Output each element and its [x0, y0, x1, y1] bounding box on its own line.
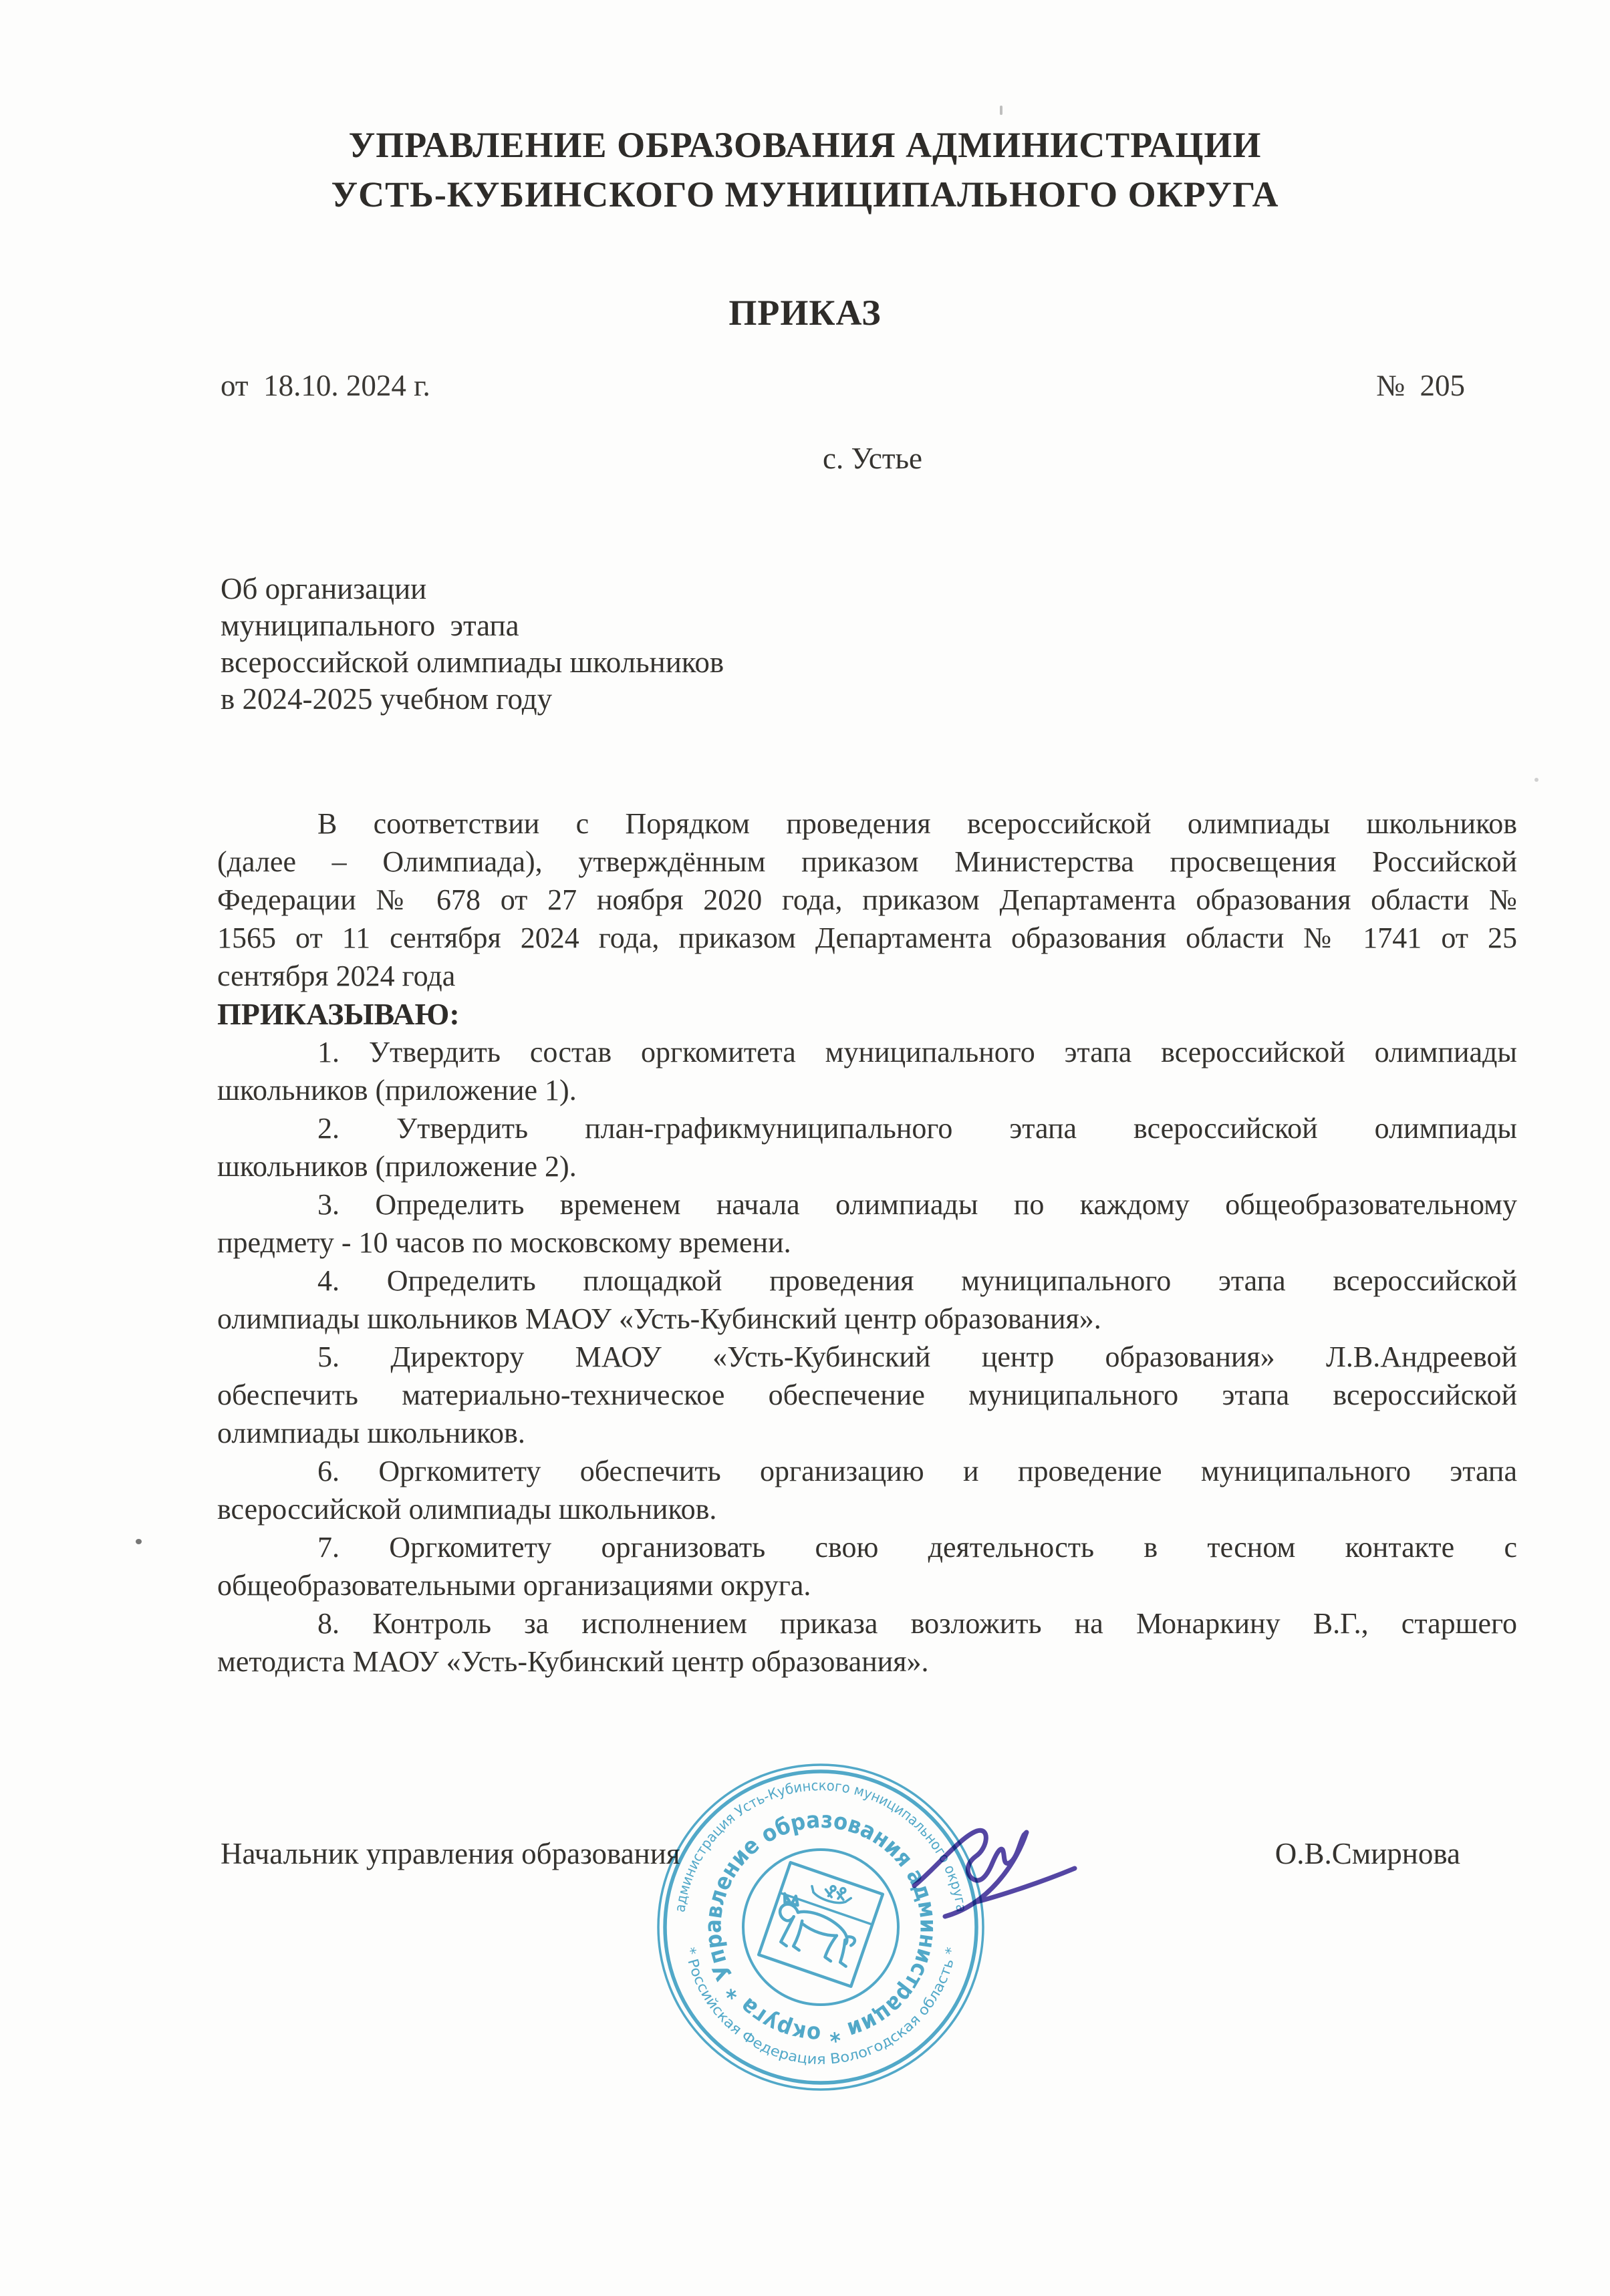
item-4-line: 4. Определить площадкой проведения муниц…: [217, 1262, 1517, 1300]
signatory-position: Начальник управления образования: [221, 1836, 680, 1871]
item-6-line: всероссийской олимпиады школьников.: [217, 1490, 1517, 1528]
item-5-line: 5. Директору МАОУ «Усть-Кубинский центр …: [217, 1338, 1517, 1376]
preamble-line: Федерации № 678 от 27 ноября 2020 года, …: [217, 881, 1517, 919]
order-body: В соответствии с Порядком проведения все…: [217, 805, 1517, 1681]
item-8-line: 8. Контроль за исполнением приказа возло…: [217, 1604, 1517, 1642]
item-5-line: олимпиады школьников.: [217, 1414, 1517, 1452]
signatory-name: О.В.Смирнова: [1275, 1836, 1460, 1871]
shield-outline: [759, 1862, 883, 1987]
item-7-line: 7. Оргкомитету организовать свою деятель…: [217, 1528, 1517, 1566]
item-3-line: предмету - 10 часов по московскому време…: [217, 1224, 1517, 1262]
preamble-line: 1565 от 11 сентября 2024 года, приказом …: [217, 919, 1517, 957]
preamble-line: В соответствии с Порядком проведения все…: [217, 805, 1517, 843]
date-number-row: от 18.10. 2024 г. № 205: [221, 368, 1517, 403]
subject-line: Об организации: [221, 571, 1023, 607]
document-page: УПРАВЛЕНИЕ ОБРАЗОВАНИЯ АДМИНИСТРАЦИИ УСТ…: [0, 0, 1610, 2296]
scan-speck: [1534, 778, 1538, 782]
signature-stroke-main: [914, 1830, 1027, 1916]
handwritten-signature: [889, 1764, 1143, 1991]
item-4-line: олимпиады школьников МАОУ «Усть-Кубински…: [217, 1300, 1517, 1338]
item-7-line: общеобразовательными организациями округ…: [217, 1566, 1517, 1604]
item-1-line: школьников (приложение 1).: [217, 1071, 1517, 1109]
item-2-line: школьников (приложение 2).: [217, 1147, 1517, 1185]
preamble-line: сентября 2024 года: [217, 957, 1517, 995]
scan-speck: [136, 1539, 142, 1544]
item-3-line: 3. Определить временем начала олимпиады …: [217, 1185, 1517, 1224]
doc-type-title: ПРИКАЗ: [0, 292, 1610, 333]
place-name: с. Устье: [68, 441, 1610, 476]
item-2-line: 2. Утвердить план-графикмуниципального э…: [217, 1109, 1517, 1147]
subject-block: Об организации муниципального этапа всер…: [221, 571, 1023, 718]
org-name-line1: УПРАВЛЕНИЕ ОБРАЗОВАНИЯ АДМИНИСТРАЦИИ: [0, 120, 1610, 170]
item-1-line: 1. Утвердить состав оргкомитета муниципа…: [217, 1033, 1517, 1071]
item-5-line: обеспечить материально-техническое обесп…: [217, 1376, 1517, 1414]
subject-line: всероссийской олимпиады школьников: [221, 644, 1023, 681]
org-header: УПРАВЛЕНИЕ ОБРАЗОВАНИЯ АДМИНИСТРАЦИИ УСТ…: [0, 120, 1610, 219]
stamp-coat-of-arms: [759, 1862, 883, 1987]
order-number: № 205: [1376, 368, 1465, 403]
preamble-line: (далее – Олимпиада), утверждённым приказ…: [217, 843, 1517, 881]
org-name-line2: УСТЬ-КУБИНСКОГО МУНИЦИПАЛЬНОГО ОКРУГА: [0, 170, 1610, 219]
item-6-line: 6. Оргкомитету обеспечить организацию и …: [217, 1452, 1517, 1490]
order-date: от 18.10. 2024 г.: [221, 368, 430, 403]
resolve-word: ПРИКАЗЫВАЮ:: [217, 995, 1517, 1033]
item-8-line: методиста МАОУ «Усть-Кубинский центр обр…: [217, 1642, 1517, 1681]
subject-line: в 2024-2025 учебном году: [221, 681, 1023, 718]
subject-line: муниципального этапа: [221, 607, 1023, 644]
scan-speck: [1000, 106, 1002, 115]
lynx-icon: [769, 1892, 862, 1967]
